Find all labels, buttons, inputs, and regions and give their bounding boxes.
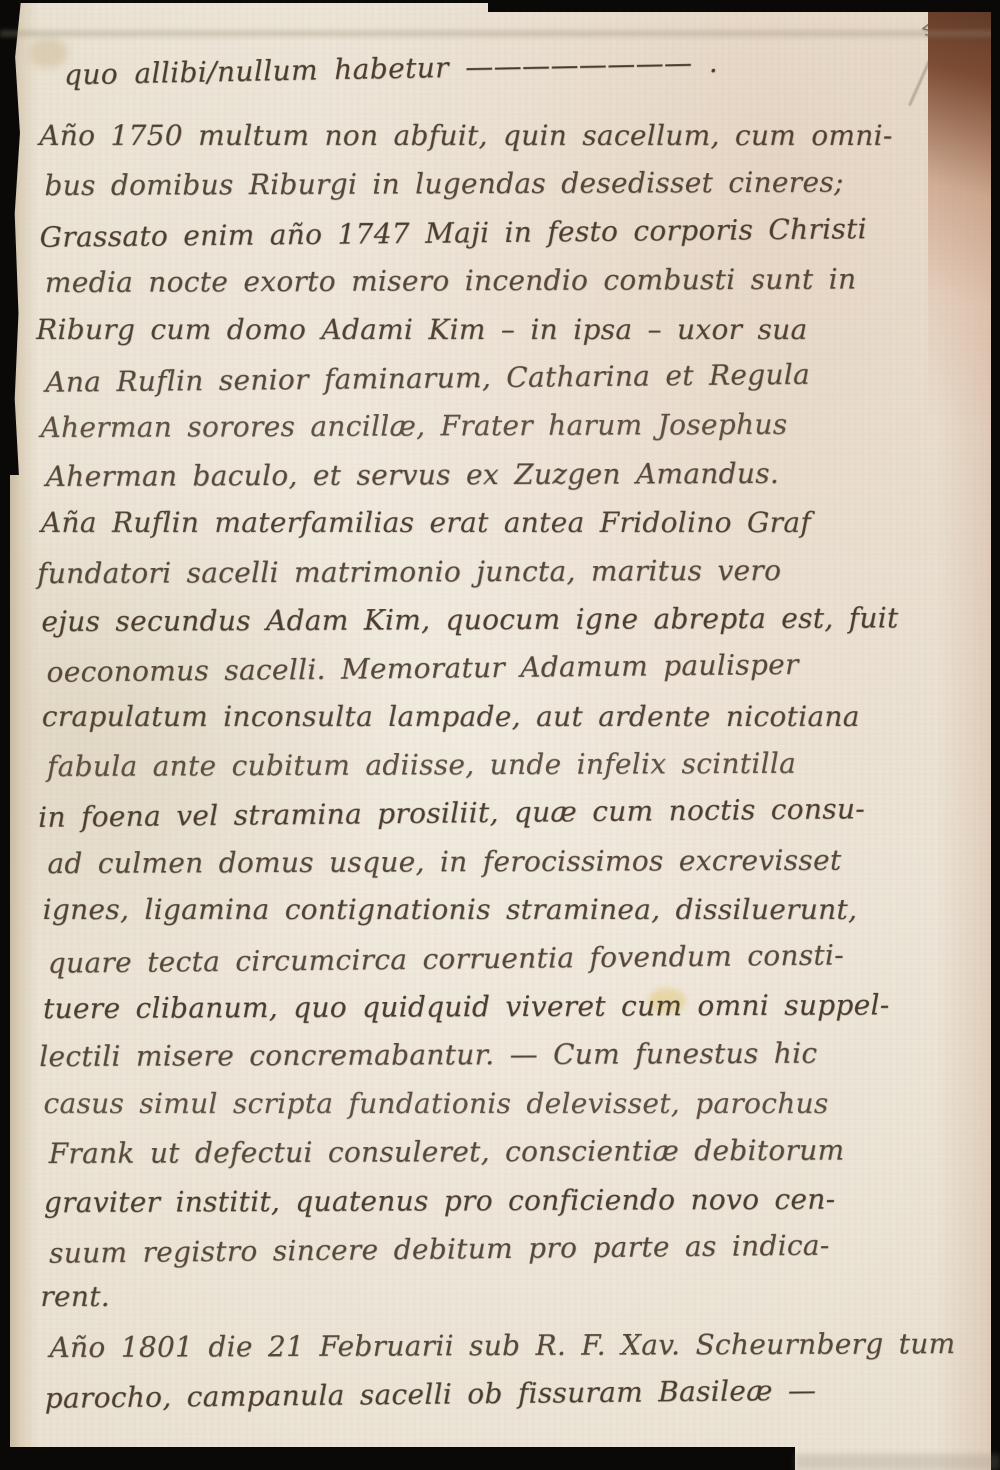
manuscript-line: graviter institit, quatenus pro conficie…: [44, 1175, 964, 1227]
scan-border-top-bar: [488, 0, 1000, 12]
manuscript-line: tuere clibanum, quo quidquid viveret cum…: [43, 981, 963, 1033]
manuscript-page: quo allibi/nullum habetur ———————— . Año…: [0, 0, 1000, 1470]
manuscript-line: quare tecta circumcirca corruentia foven…: [48, 930, 963, 988]
manuscript-line: ad culmen domus usque, in ferocissimos e…: [47, 836, 962, 888]
manuscript-line: fabula ante cubitum adiisse, unde infeli…: [47, 739, 962, 791]
manuscript-line: fundatori sacelli matrimonio juncta, mar…: [37, 546, 961, 598]
manuscript-line: in foena vel stramina prosiliit, quæ cum…: [38, 785, 962, 843]
manuscript-line: media nocte exorto misero incendio combu…: [45, 255, 960, 307]
manuscript-line: rent.: [40, 1273, 964, 1321]
manuscript-line: Ana Ruflin senior faminarum, Catharina e…: [45, 349, 960, 407]
page-top-shadow: [0, 30, 1000, 37]
manuscript-line: suum registro sincere debitum pro parte …: [49, 1220, 964, 1278]
manuscript-line: oeconomus sacelli. Memoratur Adamum paul…: [46, 639, 961, 697]
manuscript-line: ejus secundus Adam Kim, quocum igne abre…: [41, 594, 961, 646]
manuscript-line: lectili misere concremabantur. — Cum fun…: [39, 1029, 963, 1081]
scan-bottom-smudge: [795, 1454, 1000, 1470]
scanned-manuscript-photo: quo allibi/nullum habetur ———————— . Año…: [0, 0, 1000, 1470]
manuscript-line: ignes, ligamina contignationis straminea…: [43, 886, 963, 934]
manuscript-line: Año 1750 multum non abfuit, quin sacellu…: [39, 112, 959, 160]
manuscript-line: bus domibus Riburgi in lugendas desediss…: [44, 158, 959, 210]
manuscript-line: parocho, campanula sacelli ob fissuram B…: [45, 1365, 965, 1423]
manuscript-line: Aña Ruflin materfamilias erat antea Frid…: [41, 499, 961, 547]
manuscript-line: Año 1801 die 21 Februarii sub R. F. Xav.…: [49, 1320, 964, 1372]
book-edge-brown-corner: [928, 3, 1000, 423]
manuscript-line: Frank ut defectui consuleret, conscienti…: [49, 1126, 964, 1178]
manuscript-line: Aherman baculo, et servus ex Zuzgen Aman…: [46, 449, 961, 501]
manuscript-line: crapulatum inconsulta lampade, aut arden…: [42, 693, 962, 741]
manuscript-line: Aherman sorores ancillæ, Frater harum Jo…: [40, 400, 960, 452]
scan-border-right: [991, 0, 1000, 1470]
scan-border-left-lower: [0, 470, 10, 1470]
manuscript-line: Riburg cum domo Adami Kim – in ipsa – ux…: [36, 306, 960, 354]
manuscript-text-block: Año 1750 multum non abfuit, quin sacellu…: [39, 110, 965, 1421]
manuscript-line: casus simul scripta fundationis deleviss…: [43, 1080, 963, 1128]
manuscript-line: Grassato enim año 1747 Maji in festo cor…: [39, 204, 959, 262]
scan-border-bottom: [0, 1447, 795, 1470]
